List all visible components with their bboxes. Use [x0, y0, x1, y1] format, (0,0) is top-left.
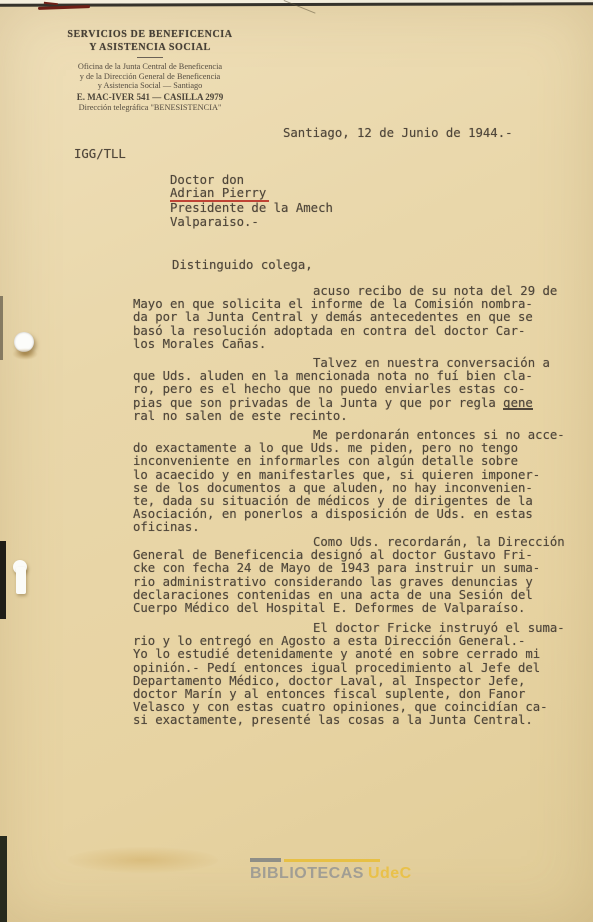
office-line: y Asistencia Social — Santiago	[38, 81, 262, 91]
letterhead-divider	[137, 57, 163, 58]
paper-stain	[68, 847, 218, 873]
telegraph-address: Dirección telegráfica "BENESISTENCIA"	[38, 103, 262, 113]
recipient-city: Valparaiso.-	[170, 216, 333, 229]
dateline: Santiago, 12 de Junio de 1944.-	[283, 126, 513, 140]
body-paragraph-2: Talvez en nuestra conversación a que Uds…	[133, 357, 581, 423]
reference-initials: IGG/TLL	[74, 147, 126, 161]
recipient-name: Adrian Pierry	[170, 187, 269, 202]
library-watermark: BIBLIOTECASUdeC	[250, 858, 412, 883]
scan-edge-left-middle	[0, 541, 6, 619]
watermark-udec-label: UdeC	[368, 865, 412, 882]
org-name-line1: SERVICIOS DE BENEFICENCIA	[38, 28, 262, 41]
recipient-block: Doctor don Adrian Pierry Presidente de l…	[170, 174, 333, 229]
org-name-line2: Y ASISTENCIA SOCIAL	[38, 41, 262, 54]
scan-edge-left-bottom	[0, 836, 7, 922]
body-paragraph-1: acuso recibo de su nota del 29 de Mayo e…	[133, 285, 581, 351]
watermark-rules	[250, 858, 412, 862]
scanned-letter-page: SERVICIOS DE BENEFICENCIA Y ASISTENCIA S…	[0, 0, 593, 922]
office-line: Oficina de la Junta Central de Beneficen…	[38, 62, 262, 72]
body-paragraph-3: Me perdonarán entonces si no acce- do ex…	[133, 429, 581, 535]
typed-underline-mark	[503, 408, 533, 410]
office-line: y de la Dirección General de Beneficenci…	[38, 72, 262, 82]
watermark-library-label: BIBLIOTECAS	[250, 865, 364, 882]
street-address: E. MAC-IVER 541 — CASILLA 2979	[38, 92, 262, 103]
body-paragraph-5: El doctor Fricke instruyó el suma- rio y…	[133, 622, 581, 728]
watermark-rule-gray	[250, 858, 281, 862]
body-paragraph-4: Como Uds. recordarán, la Dirección Gener…	[133, 536, 581, 615]
salutation: Distinguido colega,	[172, 258, 313, 272]
letterhead: SERVICIOS DE BENEFICENCIA Y ASISTENCIA S…	[38, 28, 262, 112]
recipient-title: Presidente de la Amech	[170, 202, 333, 215]
watermark-rule-yellow	[284, 859, 380, 862]
hole-punch-lower-tear	[16, 567, 26, 594]
hole-punch-smudge	[12, 348, 38, 360]
scan-edge-left-upper	[0, 296, 3, 360]
